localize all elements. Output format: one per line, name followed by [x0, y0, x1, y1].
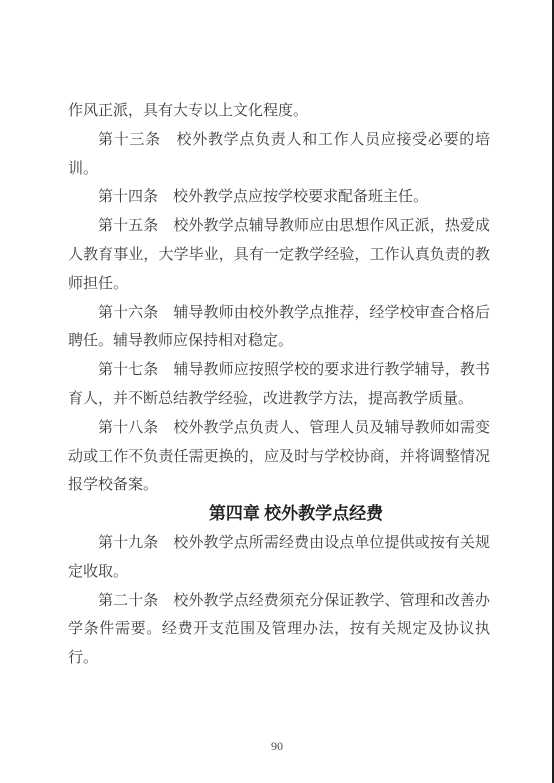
document-page: 作风正派，具有大专以上文化程度。 第十三条 校外教学点负责人和工作人员应接受必要… [0, 0, 554, 783]
paragraph-continuation: 作风正派，具有大专以上文化程度。 [68, 97, 490, 126]
chapter-heading: 第四章 校外教学点经费 [68, 500, 490, 529]
paragraph-article-15: 第十五条 校外教学点辅导教师应由思想作风正派，热爱成人教育事业，大学毕业，具有一… [68, 212, 490, 298]
paragraph-article-18: 第十八条 校外教学点负责人、管理人员及辅导教师如需变动或工作不负责任需更换的，应… [68, 414, 490, 500]
paragraph-article-17: 第十七条 辅导教师应按照学校的要求进行教学辅导，教书育人，并不断总结教学经验，改… [68, 356, 490, 414]
paragraph-article-20: 第二十条 校外教学点经费须充分保证教学、管理和改善办学条件需要。经费开支范围及管… [68, 587, 490, 673]
page-number: 90 [0, 738, 554, 754]
paragraph-article-14: 第十四条 校外教学点应按学校要求配备班主任。 [68, 183, 490, 212]
paragraph-article-13: 第十三条 校外教学点负责人和工作人员应接受必要的培训。 [68, 126, 490, 184]
paragraph-article-19: 第十九条 校外教学点所需经费由设点单位提供或按有关规定收取。 [68, 529, 490, 587]
document-body: 作风正派，具有大专以上文化程度。 第十三条 校外教学点负责人和工作人员应接受必要… [68, 97, 490, 673]
paragraph-article-16: 第十六条 辅导教师由校外教学点推荐，经学校审查合格后聘任。辅导教师应保持相对稳定… [68, 299, 490, 357]
